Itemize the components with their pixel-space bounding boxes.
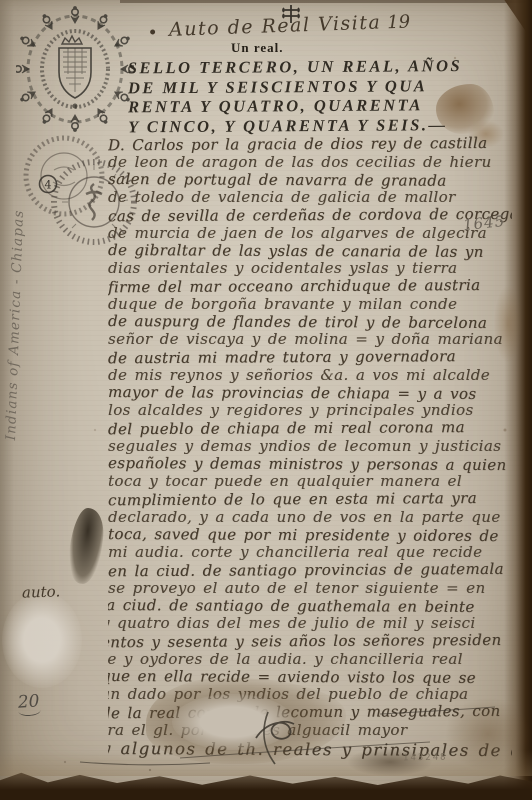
- manuscript-page: Auto de Real Visita19 Un real. SELLO TER…: [0, 0, 532, 800]
- tax-denomination: Un real.: [231, 40, 284, 56]
- ink-blot: [65, 506, 106, 585]
- sello-heading: SELLO TERCERO, UN REAL, AÑOS DE MIL Y SE…: [128, 56, 523, 137]
- title-text: Auto de Real Visita: [169, 11, 382, 40]
- manuscript-line: de leon de aragon de las dos cecilias de…: [108, 154, 512, 172]
- manuscript-line: firme del mar occeano archiduque de aust…: [108, 277, 512, 297]
- manuscript-line: de austria mi madre tutora y governadora: [108, 348, 512, 368]
- page-top-edge: [120, 0, 532, 3]
- svg-text:4: 4: [45, 179, 52, 192]
- manuscript-line: entos y sesenta y seis años los señores …: [108, 632, 512, 652]
- manuscript-line: de murcia de jaen de los algarves de alg…: [108, 225, 512, 243]
- manuscript-line: te y oydores de la audia. y chancilleria…: [108, 651, 512, 669]
- ink-dot: [150, 29, 155, 34]
- handwritten-title: Auto de Real Visita19: [150, 10, 411, 41]
- folio-number: 19: [387, 11, 411, 33]
- margin-note-auto: auto.: [22, 582, 61, 601]
- manuscript-line: seguales y demas yndios de lecomun y jus…: [108, 438, 512, 456]
- manuscript-line: declarado, y a cada uno de vos en la par…: [108, 509, 512, 527]
- manuscript-line: cumplimiento de lo que en esta mi carta …: [108, 490, 512, 510]
- manuscript-line: de mis reynos y señorios &a. a vos mi al…: [108, 367, 512, 385]
- manuscript-line: del pueblo de chiapa de mi real corona m…: [108, 419, 512, 439]
- rubric-flourish-icon: [60, 698, 520, 790]
- manuscript-line: en la ciud. de santiago provincias de gu…: [108, 561, 512, 581]
- sello-line: Y CINCO, Y QUARENTA Y SEIS.—: [128, 114, 522, 136]
- manuscript-line: cas de sevilla de cerdeñas de cordova de…: [108, 206, 512, 226]
- paper-repair-patch: [2, 592, 82, 688]
- page-number: 20: [17, 691, 40, 716]
- royal-coat-of-arms-seal: [16, 4, 134, 134]
- manuscript-line: se proveyo el auto de el tenor siguiente…: [108, 580, 512, 598]
- manuscript-line: duque de borgoña bravante y milan conde: [108, 296, 512, 314]
- manuscript-body: D. Carlos por la gracia de dios rey de c…: [108, 136, 512, 762]
- page-corner-shadow: [486, 0, 532, 52]
- margin-note-vertical: Indians of America - Chiapas: [3, 205, 31, 446]
